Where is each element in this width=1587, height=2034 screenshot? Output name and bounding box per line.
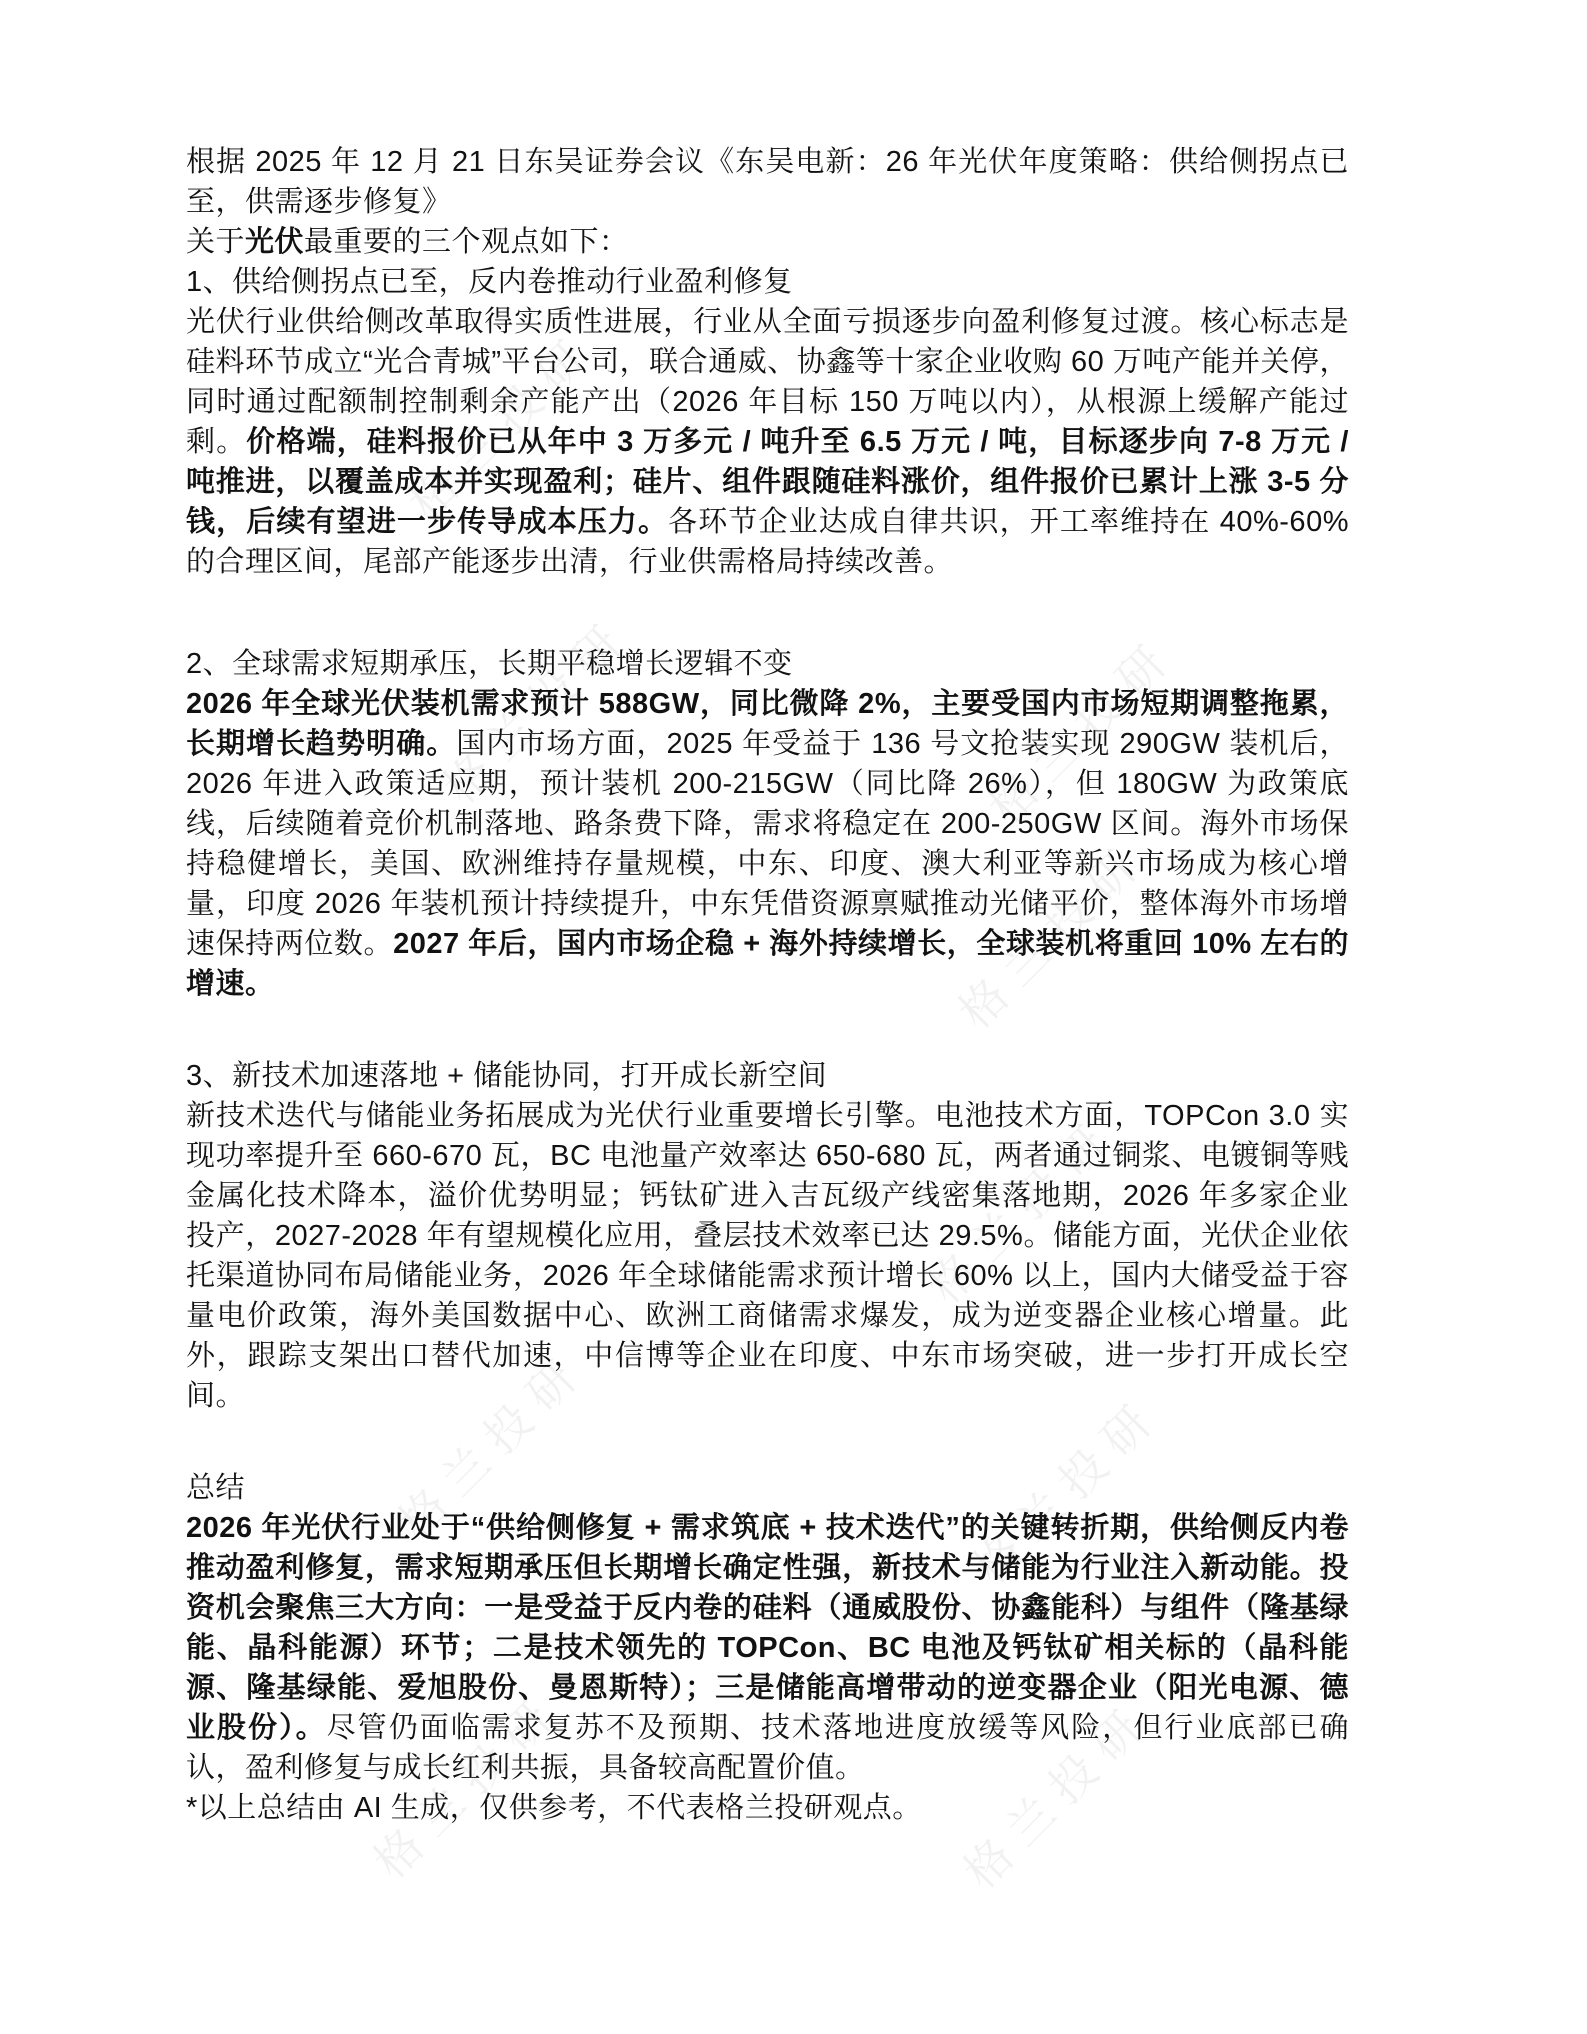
section-3-paragraph: 新技术迭代与储能业务拓展成为光伏行业重要增长引擎。电池技术方面，TOPCon 3… (186, 1096, 1349, 1416)
document-body: 根据 2025 年 12 月 21 日东吴证券会议《东吴电新：26 年光伏年度策… (186, 142, 1349, 1828)
intro-line: 根据 2025 年 12 月 21 日东吴证券会议《东吴电新：26 年光伏年度策… (186, 142, 1349, 222)
section-2-heading-text: 2、全球需求短期承压，长期平稳增长逻辑不变 (186, 648, 793, 680)
document-page: 格兰投研 格兰投研 格兰投研 格兰投研 格兰投研 格兰投研 格兰投研 格兰投研 … (0, 0, 1587, 2034)
section-1-heading-text: 1、供给侧拐点已至，反内卷推动行业盈利修复 (186, 266, 793, 298)
section-2-paragraph: 2026 年全球光伏装机需求预计 588GW，同比微降 2%，主要受国内市场短期… (186, 684, 1349, 1004)
section-2-heading: 2、全球需求短期承压，长期平稳增长逻辑不变 (186, 644, 1349, 684)
summary-text-bold: 2026 年光伏行业处于“供给侧修复 + 需求筑底 + 技术迭代”的关键转折期，… (186, 1512, 1349, 1744)
summary-heading-text: 总结 (186, 1472, 245, 1504)
summary-text-regular: 尽管仍面临需求复苏不及预期、技术落地进度放缓等风险，但行业底部已确认，盈利修复与… (186, 1712, 1349, 1784)
section-3-heading-text: 3、新技术加速落地 + 储能协同，打开成长新空间 (186, 1060, 827, 1092)
section-2-text-regular: 国内市场方面，2025 年受益于 136 号文抢装实现 290GW 装机后，20… (186, 728, 1349, 960)
summary-heading: 总结 (186, 1468, 1349, 1508)
intro-text: 根据 2025 年 12 月 21 日东吴证券会议《东吴电新：26 年光伏年度策… (186, 146, 1349, 218)
section-3-heading: 3、新技术加速落地 + 储能协同，打开成长新空间 (186, 1056, 1349, 1096)
section-1-paragraph: 光伏行业供给侧改革取得实质性进展，行业从全面亏损逐步向盈利修复过渡。核心标志是硅… (186, 302, 1349, 582)
section-3-text: 新技术迭代与储能业务拓展成为光伏行业重要增长引擎。电池技术方面，TOPCon 3… (186, 1100, 1349, 1412)
summary-paragraph: 2026 年光伏行业处于“供给侧修复 + 需求筑底 + 技术迭代”的关键转折期，… (186, 1508, 1349, 1788)
footnote: *以上总结由 AI 生成，仅供参考，不代表格兰投研观点。 (186, 1788, 1349, 1828)
lead-prefix: 关于 (186, 226, 245, 258)
lead-suffix: 最重要的三个观点如下： (304, 226, 629, 258)
lead-keyword: 光伏 (245, 226, 304, 258)
footnote-text: *以上总结由 AI 生成，仅供参考，不代表格兰投研观点。 (186, 1792, 922, 1824)
section-1-heading: 1、供给侧拐点已至，反内卷推动行业盈利修复 (186, 262, 1349, 302)
lead-line: 关于光伏最重要的三个观点如下： (186, 222, 1349, 262)
